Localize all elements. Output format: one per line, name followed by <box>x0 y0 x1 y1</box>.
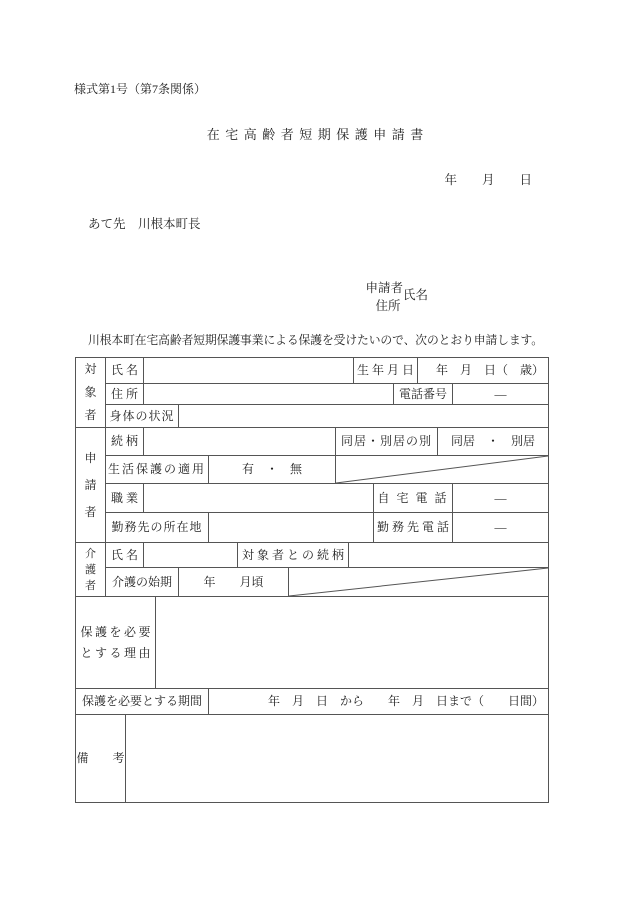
caregiver-relation-label: 対 象 者 と の 続 柄 <box>238 543 349 568</box>
remarks-label: 備 考 <box>76 715 126 803</box>
form-number: 様式第1号（第7条関係） <box>74 80 206 97</box>
welfare-crossed-cell <box>336 456 549 484</box>
diagonal-line <box>289 568 548 596</box>
caregiver-relation-field <box>349 543 549 568</box>
group-applicant: 申請者 <box>76 428 106 543</box>
work-phone-label: 勤 務 先 電 話 <box>374 513 453 543</box>
work-address-field <box>209 513 374 543</box>
applicant-signature-line: 申請者 住所 <box>353 263 403 329</box>
subject-birth-value: 年 月 日（ 歳） <box>418 358 549 384</box>
page-title: 在宅高齢者短期保護申請書 <box>0 124 630 143</box>
care-start-crossed-cell <box>289 568 549 597</box>
welfare-label: 生活保護の適用 <box>106 456 209 484</box>
reason-label-line2: とする理由 <box>78 646 153 660</box>
job-label: 職 業 <box>106 484 144 513</box>
subject-phone-value: ― <box>453 384 549 405</box>
applicant-label: 申請者 <box>366 281 404 295</box>
subject-body-field <box>179 405 549 428</box>
subject-body-label: 身体の状況 <box>106 405 179 428</box>
living-separate-label: 同居・別居の別 <box>336 428 438 456</box>
subject-birth-label: 生 年 月 日 <box>354 358 418 384</box>
subject-phone-label: 電話番号 <box>394 384 453 405</box>
applicant-address-label: 住所 <box>376 299 401 313</box>
work-address-label: 勤務先の所在地 <box>106 513 209 543</box>
reason-field <box>156 597 549 689</box>
subject-address-field <box>144 384 394 405</box>
job-field <box>144 484 374 513</box>
remarks-field <box>126 715 549 803</box>
group-caregiver-label: 介護者 <box>84 546 97 594</box>
group-applicant-label: 申請者 <box>84 445 97 526</box>
subject-name-field <box>144 358 354 384</box>
applicant-relation-field <box>144 428 336 456</box>
caregiver-name-field <box>144 543 238 568</box>
subject-name-label: 氏 名 <box>106 358 144 384</box>
welfare-value: 有 ・ 無 <box>209 456 336 484</box>
group-caregiver: 介護者 <box>76 543 106 597</box>
period-label: 保護を必要とする期間 <box>76 689 209 715</box>
application-table: 対象者 申請者 介護者 氏 名 生 年 月 日 年 月 日（ 歳） 住 所 電話… <box>75 357 549 803</box>
date-blank-line: 年 月 日 <box>444 170 532 188</box>
applicant-name-label: 氏名 <box>403 285 428 303</box>
diagonal-line <box>336 456 548 483</box>
period-value: 年 月 日 から 年 月 日まで（ 日間） <box>209 689 549 715</box>
living-separate-value: 同居 ・ 別居 <box>438 428 549 456</box>
caregiver-name-label: 氏 名 <box>106 543 144 568</box>
intro-sentence: 川根本町在宅高齢者短期保護事業による保護を受けたいので、次のとおり申請します。 <box>88 331 543 348</box>
care-start-value: 年 月頃 <box>179 568 289 597</box>
document-page: 様式第1号（第7条関係） 在宅高齢者短期保護申請書 年 月 日 あて先 川根本町… <box>0 0 630 903</box>
reason-label: 保護を必要 とする理由 <box>76 597 156 689</box>
subject-address-label: 住 所 <box>106 384 144 405</box>
care-start-label: 介護の始期 <box>106 568 179 597</box>
group-subject-label: 対象者 <box>84 358 97 427</box>
addressee-line: あて先 川根本町長 <box>88 214 201 232</box>
work-phone-value: ― <box>453 513 549 543</box>
group-subject: 対象者 <box>76 358 106 428</box>
home-phone-label: 自 宅 電 話 <box>374 484 453 513</box>
reason-label-line1: 保護を必要 <box>78 625 153 639</box>
applicant-relation-label: 続 柄 <box>106 428 144 456</box>
home-phone-value: ― <box>453 484 549 513</box>
